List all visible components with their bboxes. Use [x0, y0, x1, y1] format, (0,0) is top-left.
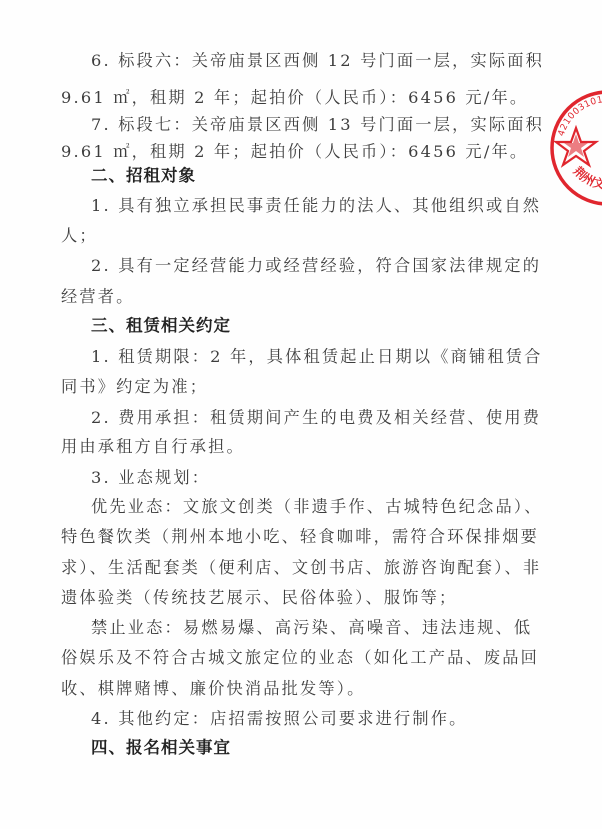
tender-lot-6-line-1: 6. 标段六：关帝庙景区西侧 12 号门面一层，实际面积 [91, 51, 544, 71]
lease-term-4-line: 4. 其他约定：店招需按照公司要求进行制作。 [91, 709, 468, 729]
preferred-business-line-1: 优先业态：文旅文创类（非遗手作、古城特色纪念品）、 [91, 497, 543, 517]
eligibility-item-1-line-2: 人； [61, 226, 98, 246]
lease-term-1-line-1: 1. 租赁期限：2 年，具体租赁起止日期以《商铺租赁合 [91, 347, 543, 367]
seal-icon: 421003101 荆州文旅发展公司 [548, 88, 602, 208]
preferred-business-line-2: 特色餐饮类（荆州本地小吃、轻食咖啡，需符合环保排烟要 [61, 527, 539, 547]
eligibility-item-2-line-1: 2. 具有一定经营能力或经营经验，符合国家法律规定的 [91, 256, 541, 276]
lease-term-2-line-2: 用由承租方自行承担。 [61, 437, 245, 457]
tender-lot-7-line-2: 9.61 ㎡，租期 2 年；起拍价（人民币）：6456 元/年。 [61, 142, 528, 162]
section-heading-lease-terms: 三、租赁相关约定 [91, 316, 231, 336]
preferred-business-line-3: 求）、生活配套类（便利店、文创书店、旅游咨询配套）、非 [61, 558, 541, 578]
eligibility-item-2-line-2: 经营者。 [61, 287, 135, 307]
prohibited-business-line-1: 禁止业态：易燃易爆、高污染、高噪音、违法违规、低 [91, 618, 532, 638]
lease-term-3-title: 3. 业态规划： [91, 468, 210, 488]
eligibility-item-1-line-1: 1. 具有独立承担民事责任能力的法人、其他组织或自然 [91, 196, 541, 216]
preferred-business-line-4: 遗体验类（传统技艺展示、民俗体验）、服饰等； [61, 588, 457, 608]
section-heading-registration: 四、报名相关事宜 [91, 738, 231, 758]
tender-lot-6-line-2: 9.61 ㎡，租期 2 年；起拍价（人民币）：6456 元/年。 [61, 88, 528, 108]
document-page: 6. 标段六：关帝庙景区西侧 12 号门面一层，实际面积 9.61 ㎡，租期 2… [0, 0, 602, 829]
lease-term-1-line-2: 同书》约定为准； [61, 377, 208, 397]
prohibited-business-line-2: 俗娱乐及不符合古城文旅定位的业态（如化工产品、废品回 [61, 648, 539, 668]
prohibited-business-line-3: 收、棋牌赌博、廉价快消品批发等）。 [61, 679, 366, 699]
section-heading-tenant-eligibility: 二、招租对象 [91, 166, 196, 186]
lease-term-2-line-1: 2. 费用承担：租赁期间产生的电费及相关经营、使用费 [91, 408, 541, 428]
tender-lot-7-line-1: 7. 标段七：关帝庙景区西侧 13 号门面一层，实际面积 [91, 115, 544, 135]
official-seal-stamp: 421003101 荆州文旅发展公司 [548, 88, 602, 208]
